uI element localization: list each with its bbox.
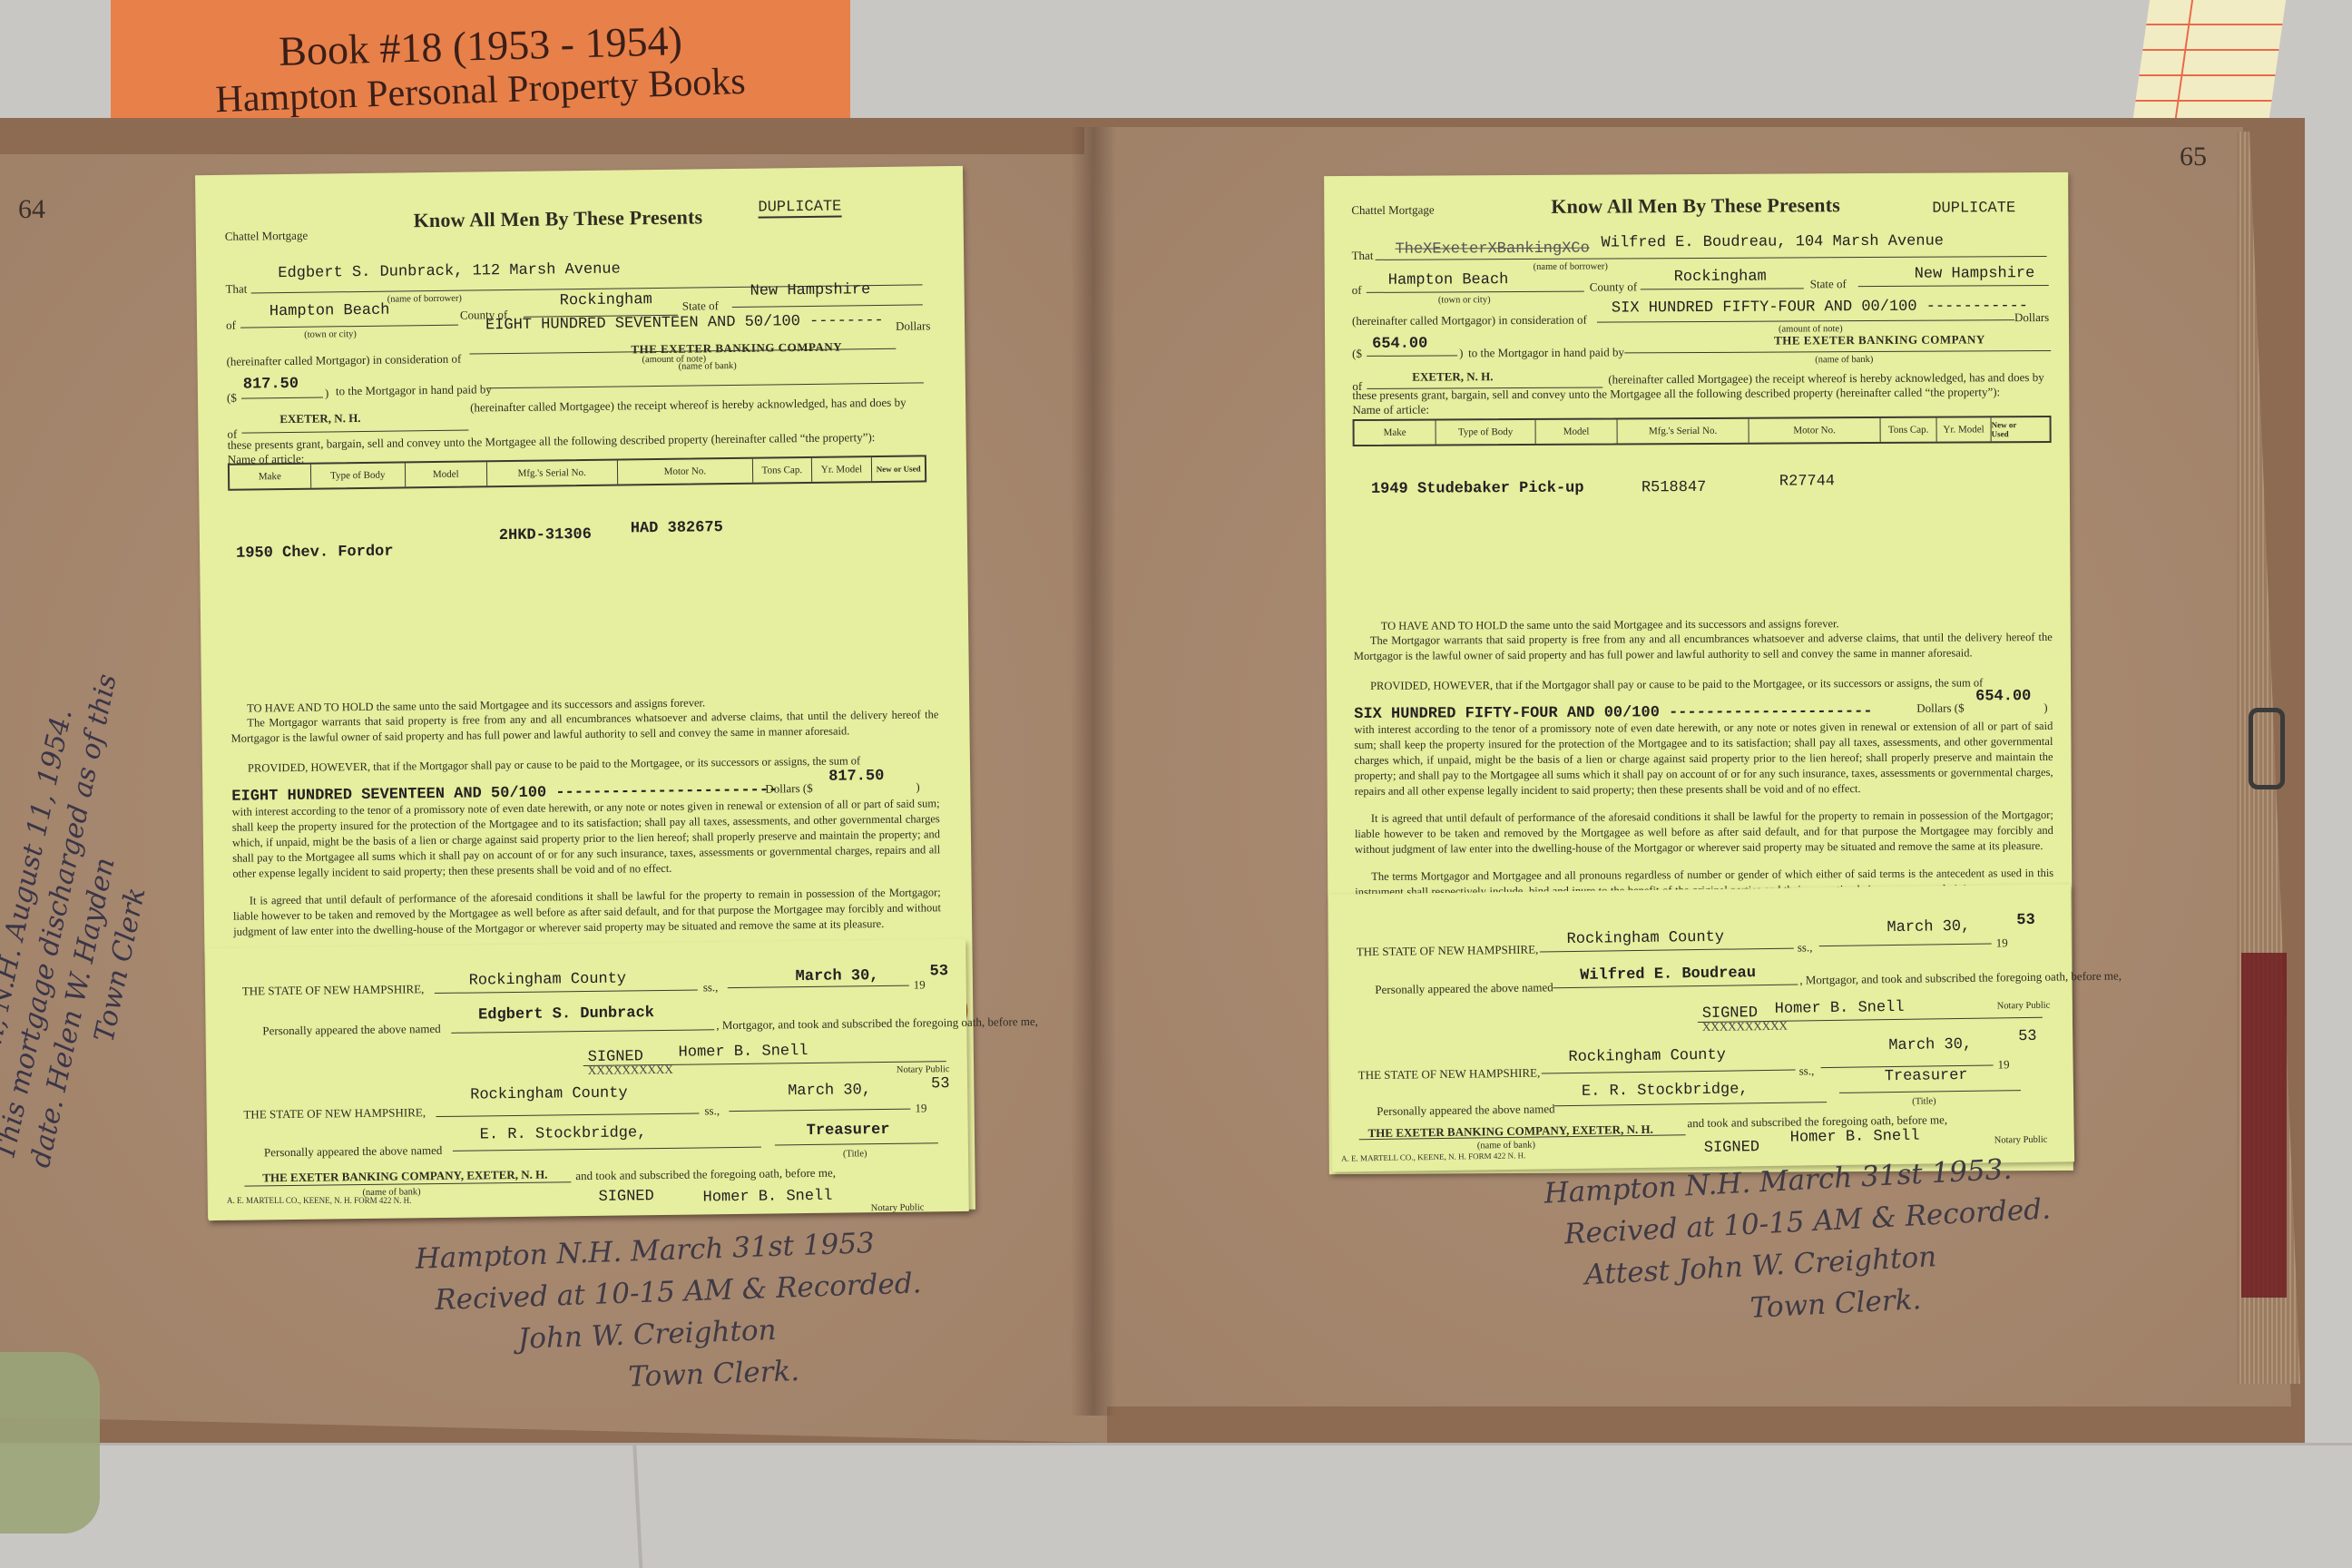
article-label: Name of article: [1352, 403, 1429, 417]
oath-officer-title: Treasurer [1885, 1067, 1968, 1085]
col-model: Model [406, 462, 487, 486]
oath-year-2: 53 [2018, 1028, 2037, 1045]
borrower-name: Wilfred E. Boudreau, 104 Marsh Avenue [1601, 233, 1944, 252]
mortgage-form-left-lower: THE STATE OF NEW HAMPSHIRE, Rockingham C… [205, 939, 969, 1220]
mortgagee-clause: (hereinafter called Mortgagee) the recei… [470, 396, 906, 416]
caption: (town or city) [1438, 295, 1491, 305]
col-year: Yr. Model [812, 457, 873, 482]
notary-signature-2: Homer B. Snell [1790, 1128, 1920, 1147]
col-serial: Mfg.'s Serial No. [486, 461, 618, 486]
state-nh-label: THE STATE OF NEW HAMPSHIRE, [1358, 1065, 1541, 1083]
book-gutter [1071, 127, 1116, 1416]
that-label: That [1352, 249, 1374, 263]
caption: (name of bank) [1815, 355, 1873, 365]
agreed-clause: It is agreed that until default of perfo… [1355, 808, 2053, 857]
oath-date: March 30, [1886, 918, 1970, 936]
amount-words: EIGHT HUNDRED SEVENTEEN AND 50/100 -----… [485, 312, 884, 334]
appeared-label: Personally appeared the above named [1375, 980, 1553, 997]
paid-by-label: to the Mortgagor in hand paid by [336, 382, 492, 398]
appeared-label: Personally appeared the above named [264, 1143, 443, 1160]
col-new-used: New or Used [872, 456, 925, 481]
col-body: Type of Body [1436, 420, 1536, 445]
property-table-header: Make Type of Body Model Mfg.'s Serial No… [1353, 416, 2052, 446]
oath-county: Rockingham County [469, 970, 627, 989]
oath-date-2: March 30, [1888, 1036, 1972, 1054]
notary-signature-1: Homer B. Snell [1775, 999, 1905, 1018]
ss-label: ss., [703, 980, 719, 995]
amount-words: SIX HUNDRED FIFTY-FOUR AND 00/100 ------… [1612, 298, 2028, 317]
borrower-name: Edgbert S. Dunbrack, 112 Marsh Avenue [278, 260, 621, 282]
paid-by-label: to the Mortgagor in hand paid by [1468, 345, 1624, 360]
ss-label: ss., [1799, 1063, 1815, 1078]
page-number-left: 64 [18, 194, 45, 225]
interest-clause: with interest according to the tenor of … [1354, 719, 2053, 799]
county-label: County of [1590, 279, 1637, 294]
col-year: Yr. Model [1937, 417, 1992, 441]
amount-figures: 654.00 [1372, 336, 1427, 353]
grant-clause: these presents grant, bargain, sell and … [1352, 385, 2000, 403]
of-label: of [226, 318, 236, 333]
oath-mortgagor: Wilfred E. Boudreau [1580, 965, 1756, 985]
town: Hampton Beach [269, 302, 390, 321]
state: New Hampshire [1915, 265, 2035, 283]
article: 1950 Chev. Fordor [236, 544, 394, 563]
struck-borrower: TheXExeterXBankingXCo [1396, 240, 1590, 259]
serial-no: R518847 [1641, 479, 1707, 496]
bank-name: THE EXETER BANKING COMPANY [631, 340, 842, 358]
printer-line-left: A. E. MARTELL CO., KEENE, N. H. FORM 422… [227, 1196, 411, 1205]
binder-clip [2249, 708, 2285, 789]
grant-clause: these presents grant, bargain, sell and … [228, 430, 876, 453]
col-model: Model [1536, 419, 1618, 443]
state: New Hampshire [750, 281, 871, 300]
col-body: Type of Body [310, 463, 406, 487]
struck-title: XXXXXXXXXX [588, 1063, 673, 1078]
oath-county-2: Rockingham County [1568, 1047, 1726, 1066]
oath-officer: E. R. Stockbridge, [480, 1124, 647, 1143]
form-type: Chattel Mortgage [225, 229, 309, 244]
oath-officer-title: Treasurer [807, 1122, 890, 1140]
caption: Notary Public [897, 1064, 950, 1075]
property-table-header: Make Type of Body Model Mfg.'s Serial No… [228, 455, 926, 490]
ribbon-marker [2241, 953, 2287, 1298]
state-nh-label: THE STATE OF NEW HAMPSHIRE, [1357, 943, 1539, 960]
warrants-clause: The Mortgagor warrants that said propert… [1354, 630, 2053, 664]
ss-label: ss., [1798, 940, 1813, 955]
caption: (name of bank) [679, 361, 737, 372]
col-serial: Mfg.'s Serial No. [1618, 419, 1749, 444]
year-prefix: 19 [1997, 1057, 2009, 1072]
col-motor: Motor No. [618, 459, 754, 485]
mortgage-form-right-lower: THE STATE OF NEW HAMPSHIRE, Rockingham C… [1328, 884, 2074, 1171]
state-label: State of [1810, 277, 1847, 291]
bank-location: EXETER, N. H. [1412, 369, 1493, 384]
struck-title: XXXXXXXXXX [1702, 1019, 1788, 1034]
ss-label: ss., [704, 1103, 720, 1118]
state-label: State of [682, 299, 719, 313]
oath-bank-clause: and took and subscribed the foregoing oa… [575, 1166, 836, 1184]
bank-name: THE EXETER BANKING COMPANY [1774, 332, 1985, 348]
caption: (name of borrower) [387, 294, 462, 305]
duplicate-label: DUPLICATE [758, 199, 841, 219]
amount-figures-2: 817.50 [828, 768, 884, 786]
col-motor: Motor No. [1749, 418, 1881, 443]
bank-location: EXETER, N. H. [279, 411, 360, 426]
amount-figures-2: 654.00 [1975, 688, 2031, 705]
signed-label: SIGNED [598, 1188, 653, 1206]
serial-no: 2HKD-31306 [499, 526, 592, 544]
col-tons: Tons Cap. [753, 458, 812, 483]
col-tons: Tons Cap. [1881, 418, 1937, 442]
provided-clause: PROVIDED, HOWEVER, that if the Mortgagor… [1354, 675, 2053, 694]
consideration-label: (hereinafter called Mortgagor) in consid… [1352, 313, 1587, 328]
caption: (Title) [843, 1149, 867, 1159]
motor-no: R27744 [1779, 473, 1835, 490]
agreed-clause: It is agreed that until default of perfo… [233, 885, 942, 940]
col-make: Make [1355, 421, 1436, 445]
caption: (town or city) [304, 329, 357, 340]
oath-officer: E. R. Stockbridge, [1582, 1081, 1749, 1101]
page-number-right: 65 [2180, 142, 2207, 172]
dollars-label: Dollars [2014, 310, 2049, 325]
notary-signature-2: Homer B. Snell [702, 1188, 832, 1207]
motor-no: HAD 382675 [631, 519, 723, 537]
desk-seam [0, 1443, 2352, 1445]
county: Rockingham [1674, 269, 1767, 287]
oath-year-2: 53 [931, 1075, 950, 1093]
col-make: Make [230, 465, 311, 489]
signed-label: SIGNED [1704, 1139, 1759, 1157]
form-type: Chattel Mortgage [1351, 203, 1434, 218]
caption: (name of borrower) [1534, 262, 1608, 272]
town: Hampton Beach [1388, 271, 1509, 289]
caption: Notary Public [1997, 1001, 2051, 1012]
oath-date: March 30, [796, 967, 879, 985]
oath-year: 53 [2016, 912, 2035, 929]
form-heading: Know All Men By These Presents [1551, 193, 1840, 219]
duplicate-label: DUPLICATE [1932, 200, 2015, 217]
caption: Notary Public [1994, 1135, 2048, 1146]
dollars-label: Dollars [896, 318, 930, 333]
year-prefix: 19 [1996, 936, 2008, 950]
col-new-used: New or Used [1992, 417, 2035, 441]
interest-clause: with interest according to the tenor of … [231, 796, 940, 882]
oath-date-2: March 30, [788, 1082, 871, 1100]
handwritten-recording-note-left: Hampton N.H. March 31st 1953 Recived at … [415, 1220, 925, 1405]
clip-left [0, 1352, 100, 1534]
caption: Notary Public [871, 1202, 925, 1213]
amount-figures: 817.50 [243, 376, 299, 394]
article: 1949 Studebaker Pick-up [1371, 480, 1584, 498]
caption: (Title) [1912, 1096, 1936, 1106]
county: Rockingham [560, 291, 652, 309]
handwritten-recording-note-right: Hampton N.H. March 31st 1953. Recived at… [1543, 1147, 2056, 1340]
state-nh-label: THE STATE OF NEW HAMPSHIRE, [242, 982, 425, 998]
appeared-label: Personally appeared the above named [262, 1022, 441, 1038]
year-prefix: 19 [915, 1101, 926, 1115]
notary-signature-1: Homer B. Snell [679, 1043, 808, 1062]
oath-county-2: Rockingham County [470, 1084, 628, 1103]
oath-county: Rockingham County [1566, 929, 1724, 948]
state-nh-label: THE STATE OF NEW HAMPSHIRE, [243, 1105, 426, 1122]
consideration-label: (hereinafter called Mortgagor) in consid… [226, 352, 461, 369]
of-label: of [1352, 283, 1362, 298]
that-label: That [225, 282, 247, 297]
oath-mortgagor: Edgbert S. Dunbrack [478, 1004, 654, 1024]
caption: (name of bank) [1477, 1141, 1535, 1151]
oath-year: 53 [929, 963, 948, 980]
form-heading: Know All Men By These Presents [413, 205, 702, 232]
appeared-label: Personally appeared the above named [1377, 1102, 1555, 1119]
year-prefix: 19 [914, 977, 926, 992]
